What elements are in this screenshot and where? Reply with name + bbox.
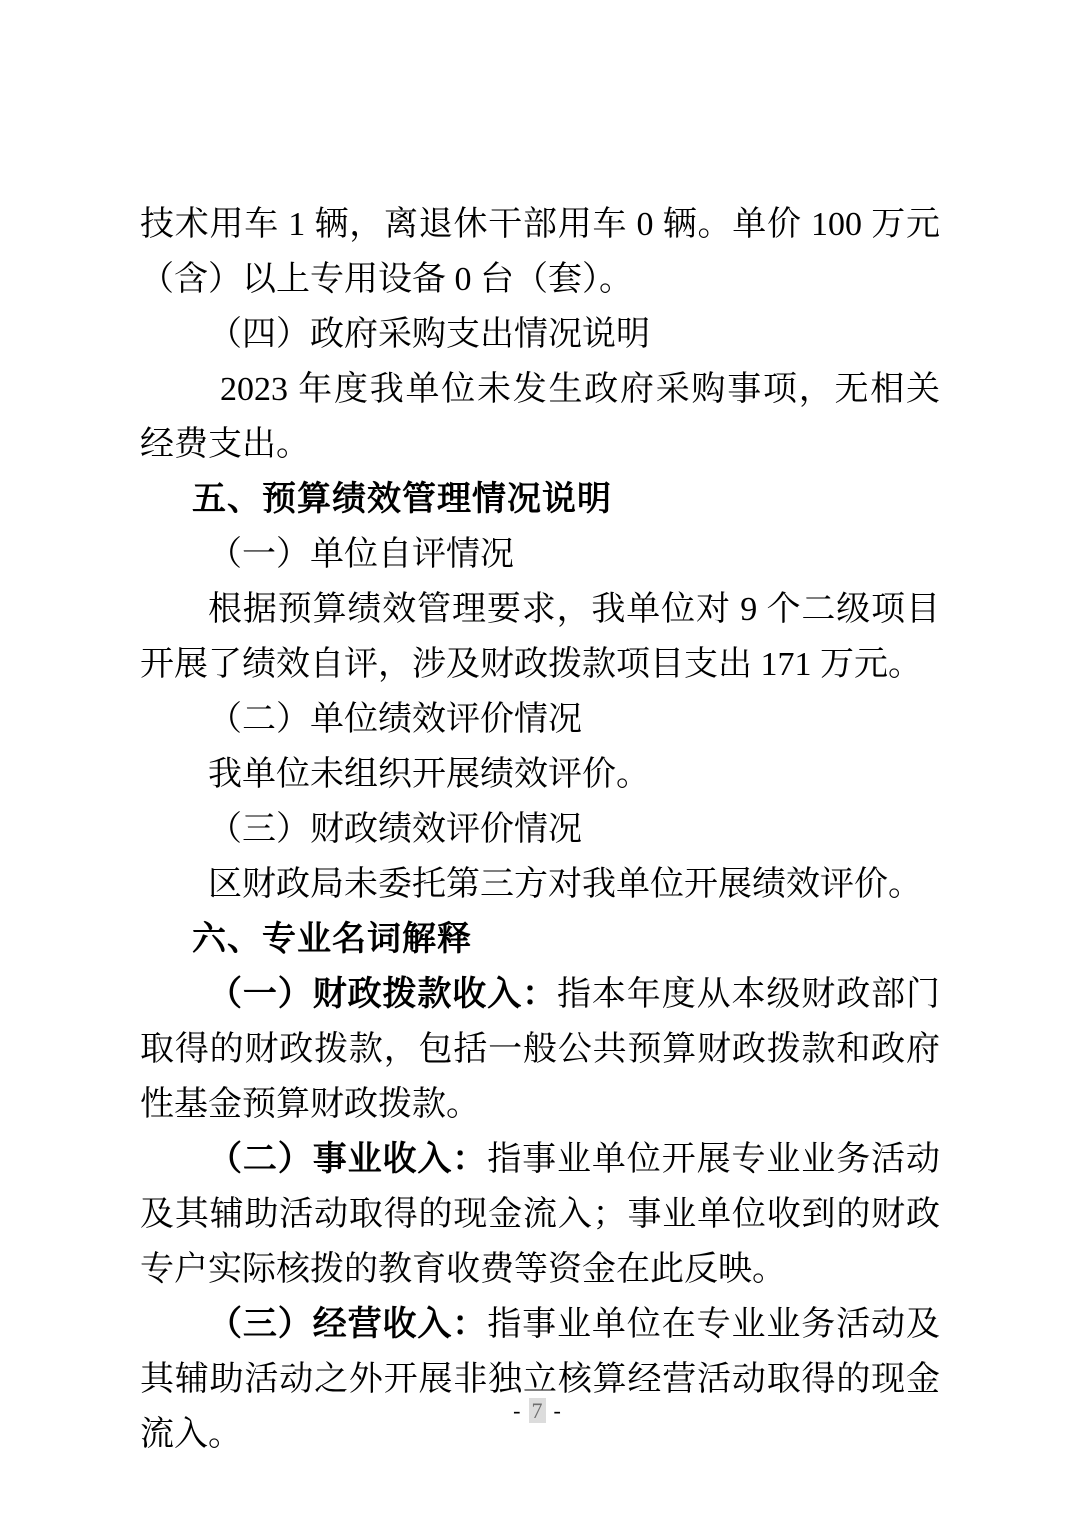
- paragraph-procurement-statement: 2023 年度我单位未发生政府采购事项，无相关经费支出。: [140, 362, 940, 472]
- paragraph-unit-evaluation-detail: 我单位未组织开展绩效评价。: [140, 747, 940, 802]
- section-heading-budget-performance: 五、预算绩效管理情况说明: [140, 472, 940, 527]
- subsection-heading-unit-evaluation: （二）单位绩效评价情况: [140, 692, 940, 747]
- paragraph-fiscal-evaluation-detail: 区财政局未委托第三方对我单位开展绩效评价。: [140, 857, 940, 912]
- subsection-heading-gov-procurement: （四）政府采购支出情况说明: [140, 307, 940, 362]
- term-label-fiscal-appropriation: （一）财政拨款收入：: [208, 976, 557, 1013]
- term-label-operating-income: （三）经营收入：: [208, 1306, 487, 1343]
- term-label-institution-income: （二）事业收入：: [208, 1141, 487, 1178]
- footer-dash-left: -: [513, 1398, 520, 1423]
- paragraph-term-fiscal-appropriation: （一）财政拨款收入：指本年度从本级财政部门取得的财政拨款，包括一般公共预算财政拨…: [140, 967, 940, 1132]
- paragraph-vehicles-equipment: 技术用车 1 辆，离退休干部用车 0 辆。单价 100 万元（含）以上专用设备 …: [140, 197, 940, 307]
- section-heading-terminology: 六、专业名词解释: [140, 912, 940, 967]
- subsection-heading-fiscal-evaluation: （三）财政绩效评价情况: [140, 802, 940, 857]
- paragraph-self-evaluation-detail: 根据预算绩效管理要求，我单位对 9 个二级项目开展了绩效自评，涉及财政拨款项目支…: [140, 582, 940, 692]
- document-body: 技术用车 1 辆，离退休干部用车 0 辆。单价 100 万元（含）以上专用设备 …: [140, 197, 940, 1462]
- page-number: 7: [529, 1398, 546, 1423]
- paragraph-term-operating-income: （三）经营收入：指事业单位在专业业务活动及其辅助活动之外开展非独立核算经营活动取…: [140, 1297, 940, 1462]
- subsection-heading-self-evaluation: （一）单位自评情况: [140, 527, 940, 582]
- footer-dash-right: -: [554, 1398, 561, 1423]
- paragraph-term-institution-income: （二）事业收入：指事业单位开展专业业务活动及其辅助活动取得的现金流入；事业单位收…: [140, 1132, 940, 1297]
- page-footer: -7-: [0, 1398, 1074, 1424]
